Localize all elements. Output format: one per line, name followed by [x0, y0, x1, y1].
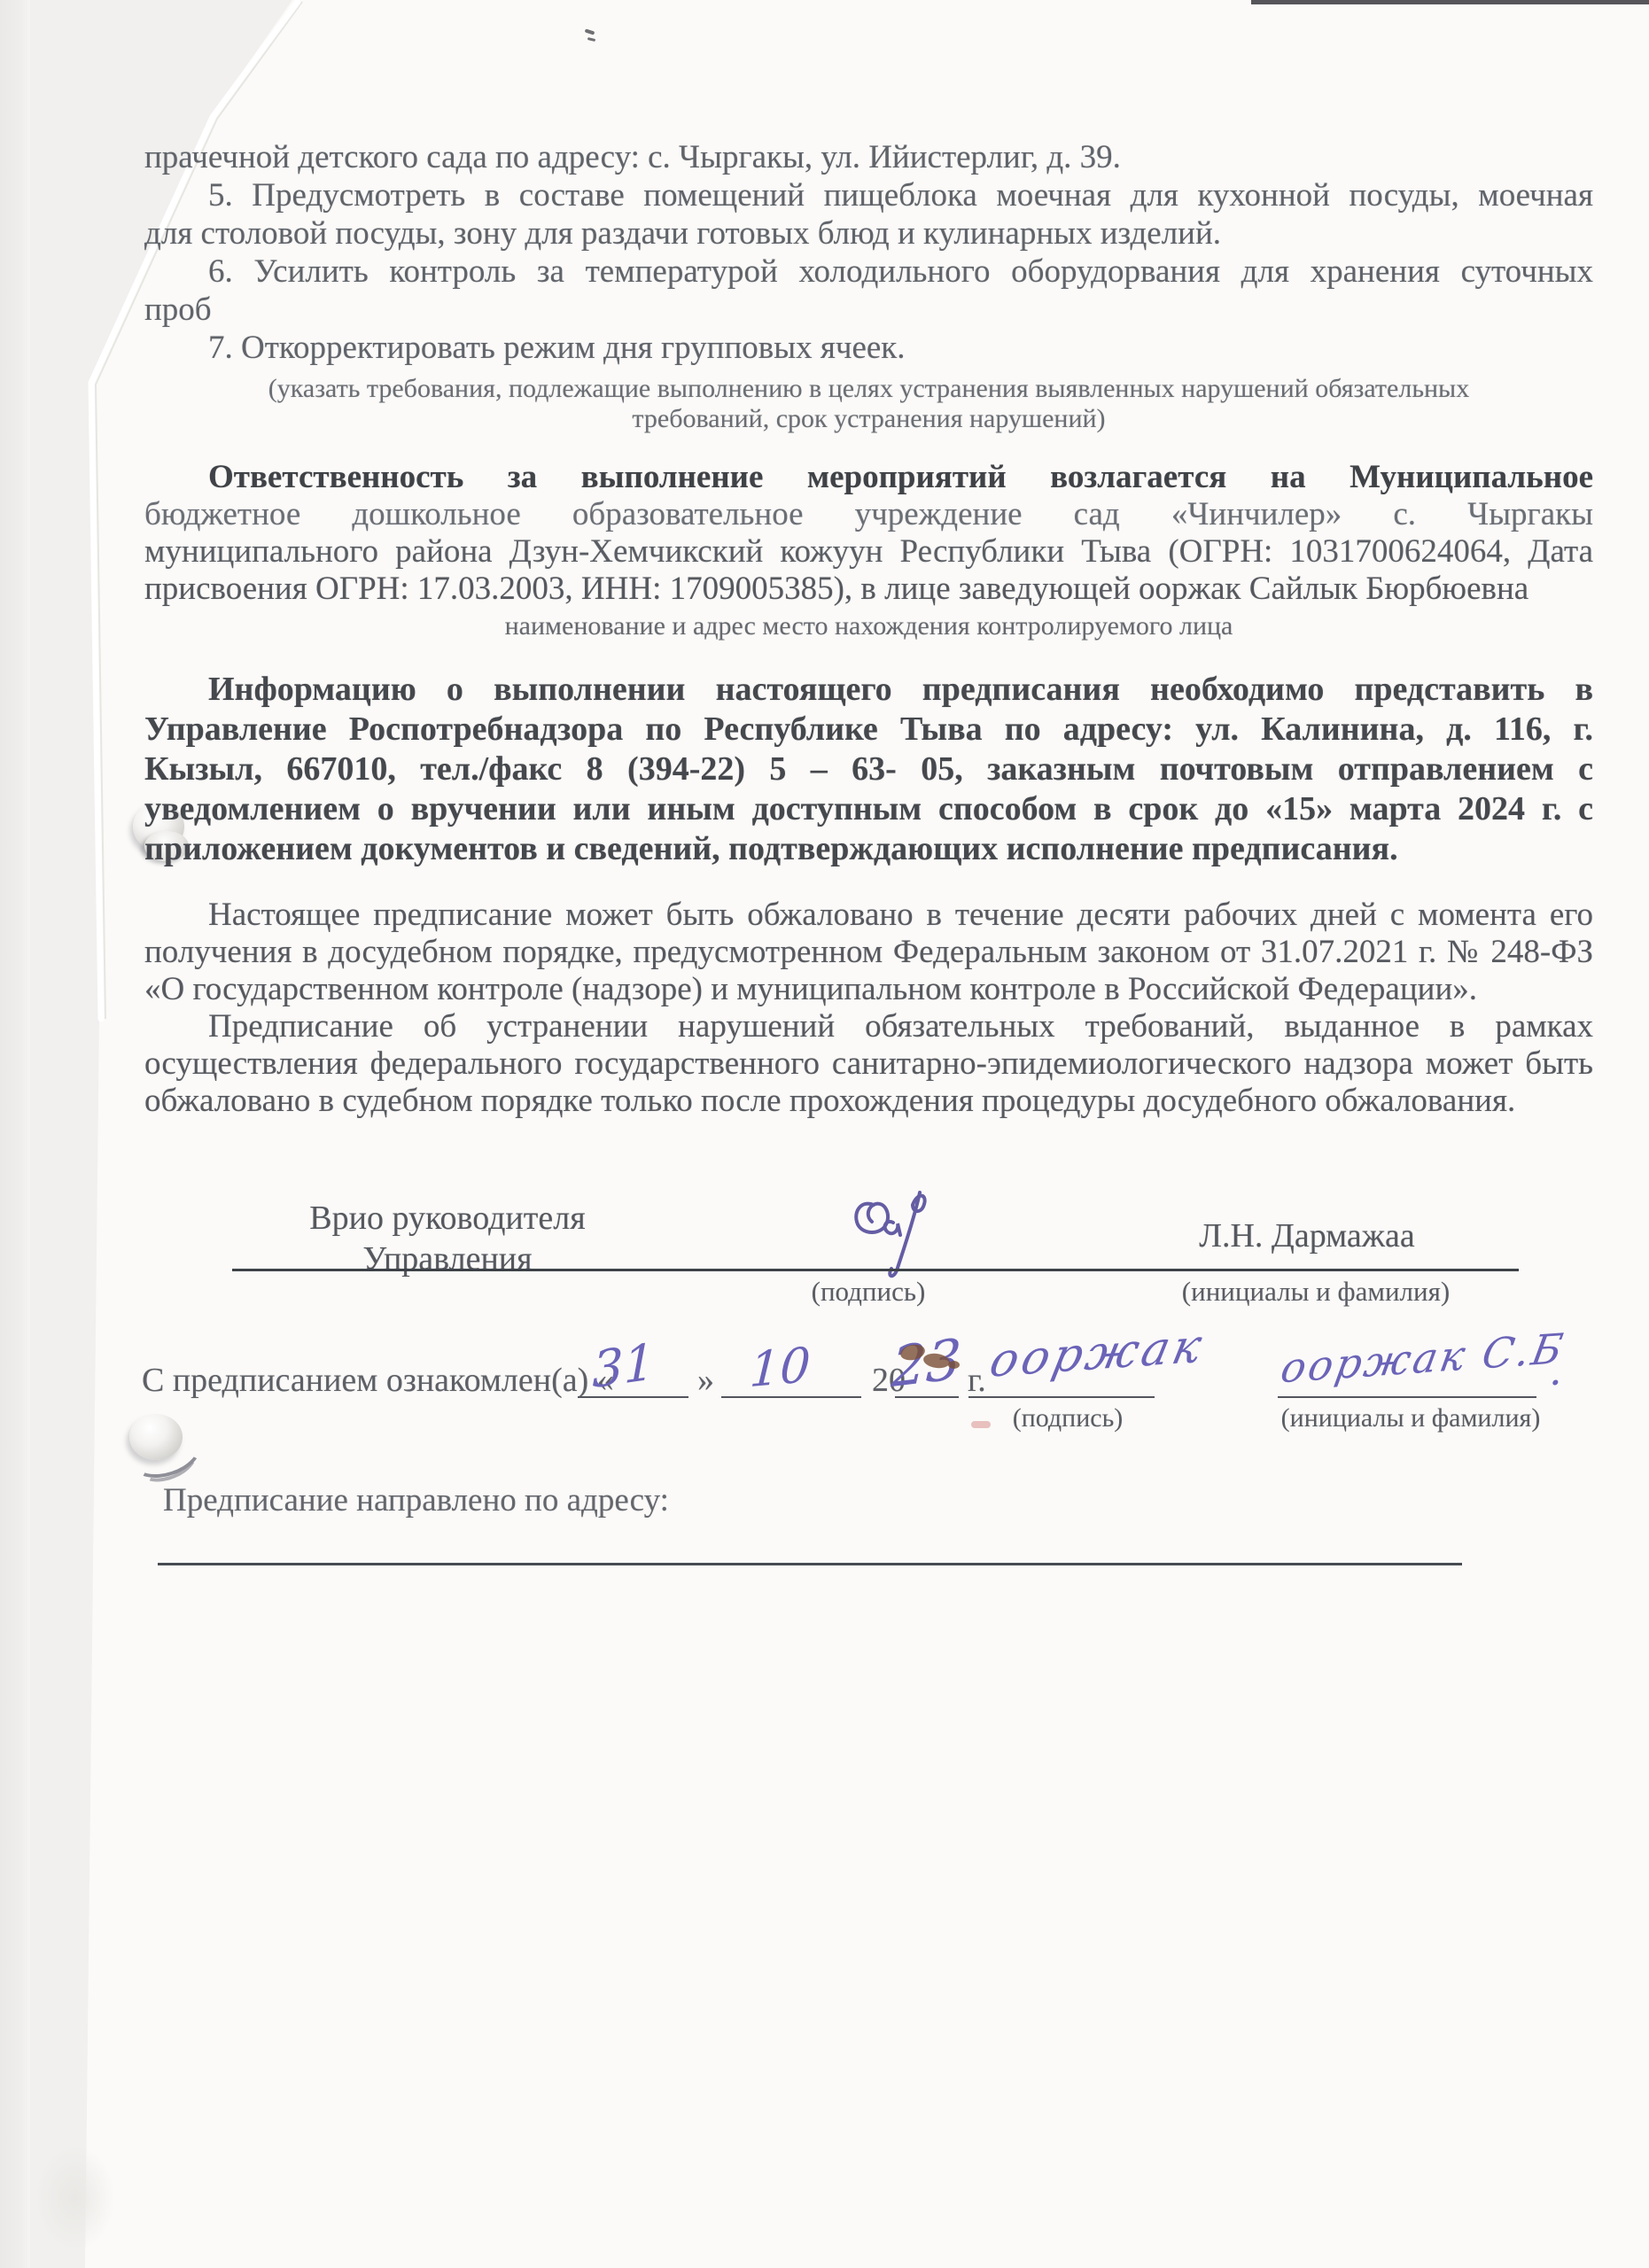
appeal-line: Предписание об устранении нарушений обяз… — [144, 1008, 1593, 1045]
initials-caption: (инициалы и фамилия) — [1161, 1276, 1471, 1308]
info-submission-paragraph: Информацию о выполнении настоящего предп… — [144, 670, 1593, 869]
handwritten-month: 10 — [748, 1337, 812, 1399]
requirement-item-7: 7. Откорректировать режим дня групповых … — [144, 329, 1593, 367]
signature-rule — [232, 1269, 1519, 1271]
requirements-footnote: (указать требования, подлежащие выполнен… — [144, 374, 1593, 434]
info-line: уведомлением о вручении или иным доступн… — [144, 789, 1593, 829]
info-line: Кызыл, 667010, тел./факс 8 (394-22) 5 – … — [144, 750, 1593, 789]
sent-to-label: Предписание направлено по адресу: — [163, 1481, 669, 1519]
signer-position-line: Управления — [261, 1239, 634, 1279]
requirement-item-6-cont: проб — [144, 291, 1593, 329]
signer-position: Врио руководителя Управления — [261, 1198, 634, 1279]
appeal-paragraph: Настоящее предписание может быть обжалов… — [144, 897, 1593, 1120]
day-underline — [578, 1396, 688, 1398]
responsibility-line: присвоения ОГРН: 17.03.2003, ИНН: 170900… — [144, 571, 1593, 608]
footnote-line: (указать требования, подлежащие выполнен… — [144, 374, 1593, 404]
responsibility-line: Ответственность за выполнение мероприяти… — [144, 459, 1593, 496]
month-underline — [721, 1396, 861, 1398]
acknowledgment-label: С предписанием ознакомлен(а) « — [142, 1361, 614, 1400]
handwritten-signature: ооржак — [985, 1319, 1210, 1388]
appeal-line: Настоящее предписание может быть обжалов… — [144, 897, 1593, 934]
controlled-entity-caption: наименование и адрес место нахождения ко… — [144, 611, 1593, 641]
initials-caption: (инициалы и фамилия) — [1242, 1403, 1579, 1433]
appeal-line: осуществления федерального государственн… — [144, 1045, 1593, 1083]
signature-underline — [968, 1396, 1155, 1398]
handwritten-period: . — [1549, 1347, 1562, 1394]
handwritten-day: 31 — [592, 1333, 655, 1401]
responsibility-line: бюджетное дошкольное образовательное учр… — [144, 496, 1593, 533]
pink-fleck-artifact — [971, 1421, 991, 1428]
signature-caption: (подпись) — [975, 1403, 1161, 1433]
year-suffix: г. — [968, 1361, 986, 1400]
responsibility-paragraph: Ответственность за выполнение мероприяти… — [144, 459, 1593, 608]
signature-caption: (подпись) — [727, 1276, 1010, 1308]
requirement-item-5: 5. Предусмотреть в составе помещений пищ… — [144, 176, 1593, 214]
signer-name: Л.Н. Дармажаа — [1178, 1216, 1435, 1256]
requirements-list: прачечной детского сада по адресу: с. Чы… — [144, 138, 1593, 367]
scanned-document-page: прачечной детского сада по адресу: с. Чы… — [0, 0, 1649, 2268]
requirement-continuation: прачечной детского сада по адресу: с. Чы… — [144, 138, 1593, 176]
appeal-line: получения в досудебном порядке, предусмо… — [144, 934, 1593, 971]
requirement-item-5-cont: для столовой посуды, зону для раздачи го… — [144, 214, 1593, 252]
scanner-left-edge-strip — [0, 0, 30, 2268]
ink-speck — [585, 28, 595, 35]
appeal-line: обжаловано в судебном порядке только пос… — [144, 1083, 1593, 1120]
address-blank-line — [158, 1563, 1462, 1565]
year-underline — [895, 1396, 959, 1398]
responsibility-line: муниципального района Дзун-Хемчикский ко… — [144, 533, 1593, 571]
info-line: Управление Роспотребнадзора по Республик… — [144, 710, 1593, 750]
footnote-line: требований, срок устранения нарушений) — [144, 404, 1593, 434]
info-line: Информацию о выполнении настоящего предп… — [144, 670, 1593, 710]
ink-speck — [587, 37, 595, 42]
requirement-item-6: 6. Усилить контроль за температурой холо… — [144, 252, 1593, 291]
scan-smudge-artifact — [34, 2144, 115, 2252]
signer-position-line: Врио руководителя — [261, 1198, 634, 1239]
scanner-top-edge-line — [1251, 0, 1649, 4]
ink-smudge — [948, 1361, 960, 1369]
handwritten-initials: ооржак С.Б — [1278, 1324, 1569, 1392]
quote-close: » — [697, 1361, 714, 1400]
appeal-line: «О государственном контроле (надзоре) и … — [144, 971, 1593, 1008]
initials-underline — [1278, 1396, 1536, 1398]
info-line: приложением документов и сведений, подтв… — [144, 829, 1593, 869]
